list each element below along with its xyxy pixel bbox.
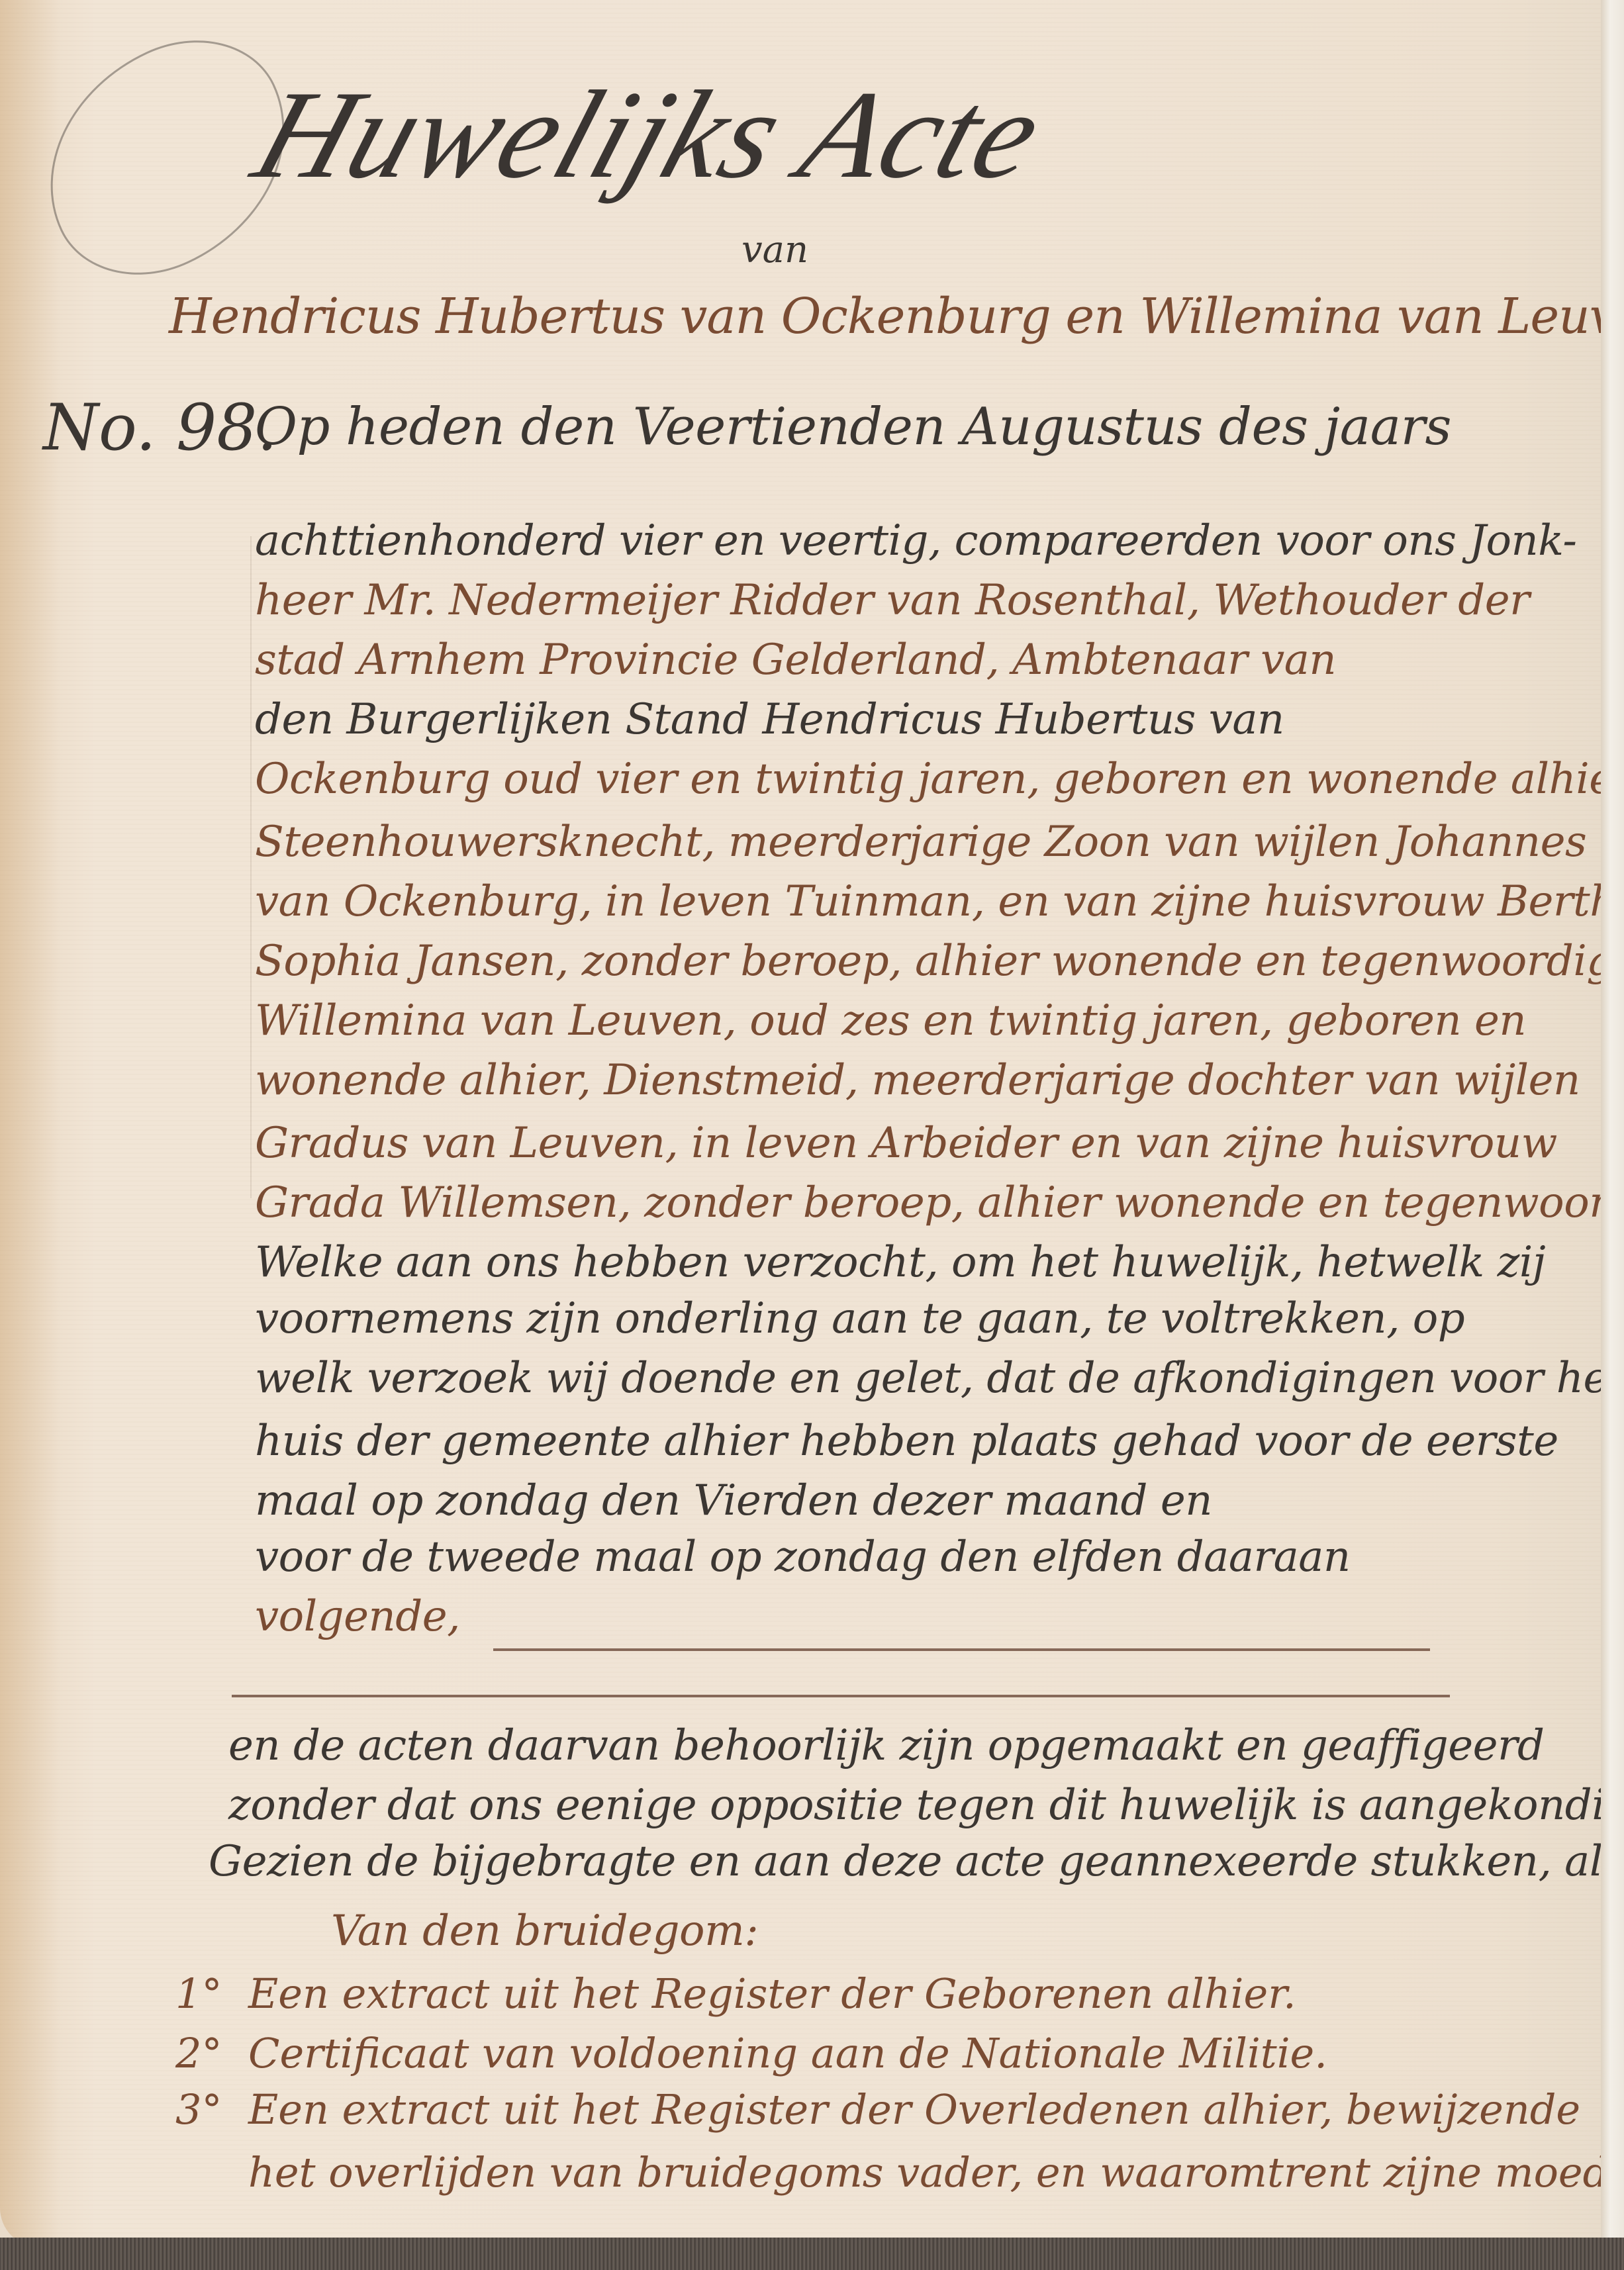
body-line: zonder dat ons eenige oppositie tegen di… (228, 1781, 1602, 1830)
body-line: heer Mr. Nedermeijer Ridder van Rosentha… (255, 576, 1529, 625)
groom-section-heading: Van den bruidegom: (331, 1907, 758, 1956)
body-line: Steenhouwersknecht, meerderjarige Zoon v… (255, 818, 1586, 867)
body-line: Welke aan ons hebben verzocht, om het hu… (255, 1238, 1545, 1287)
body-line: Grada Willemsen, zonder beroep, alhier w… (255, 1178, 1602, 1227)
body-line: stad Arnhem Provincie Gelderland, Ambten… (255, 636, 1336, 685)
body-line: voornemens zijn onderling aan te gaan, t… (255, 1294, 1464, 1343)
fill-rule (493, 1648, 1430, 1651)
item-number: 3° (175, 2085, 222, 2134)
body-line: en de acten daarvan behoorlijk zijn opge… (228, 1721, 1545, 1770)
page-edge (1601, 0, 1624, 2270)
record-number: No. 98. (43, 391, 277, 465)
body-line: achttienhonderd vier en veertig, compare… (255, 516, 1576, 565)
page-shadow (0, 0, 60, 2247)
document-title: Huwelijks Acte (238, 63, 1059, 207)
body-line: wonende alhier, Dienstmeid, meerderjarig… (255, 1056, 1580, 1105)
groom-document-item: Een extract uit het Register der Geboren… (248, 1969, 1296, 2018)
groom-document-item: Certificaat van voldoening aan de Nation… (248, 2029, 1327, 2077)
book-binding (0, 2238, 1624, 2270)
body-line: Op heden den Veertienden Augustus des ja… (255, 397, 1451, 457)
body-line: Gezien de bijgebragte en aan deze acte g… (209, 1837, 1602, 1886)
margin-rule (250, 536, 252, 1198)
body-line: voor de tweede maal op zondag den elfden… (255, 1533, 1351, 1582)
body-line: volgende, (255, 1592, 460, 1641)
document-subtitle: van (741, 228, 808, 271)
body-line: welk verzoek wij doende en gelet, dat de… (255, 1354, 1602, 1403)
body-line: maal op zondag den Vierden dezer maand e… (255, 1476, 1212, 1525)
parties-heading: Hendricus Hubertus van Ockenburg en Will… (169, 288, 1602, 345)
groom-document-item: het overlijden van bruidegoms vader, en … (248, 2148, 1602, 2197)
section-rule (232, 1695, 1450, 1697)
body-line: van Ockenburg, in leven Tuinman, en van … (255, 877, 1602, 926)
body-line: den Burgerlijken Stand Hendricus Hubertu… (255, 695, 1284, 744)
body-line: Sophia Jansen, zonder beroep, alhier won… (255, 937, 1602, 986)
groom-document-item: Een extract uit het Register der Overled… (248, 2085, 1580, 2134)
body-line: Willemina van Leuven, oud zes en twintig… (255, 996, 1526, 1045)
item-number: 2° (175, 2029, 222, 2077)
body-line: Ockenburg oud vier en twintig jaren, geb… (255, 755, 1602, 804)
document-page: Huwelijks Acte van Hendricus Hubertus va… (0, 0, 1602, 2247)
body-line: Gradus van Leuven, in leven Arbeider en … (255, 1119, 1557, 1168)
item-number: 1° (175, 1969, 222, 2018)
body-line: huis der gemeente alhier hebben plaats g… (255, 1417, 1558, 1466)
